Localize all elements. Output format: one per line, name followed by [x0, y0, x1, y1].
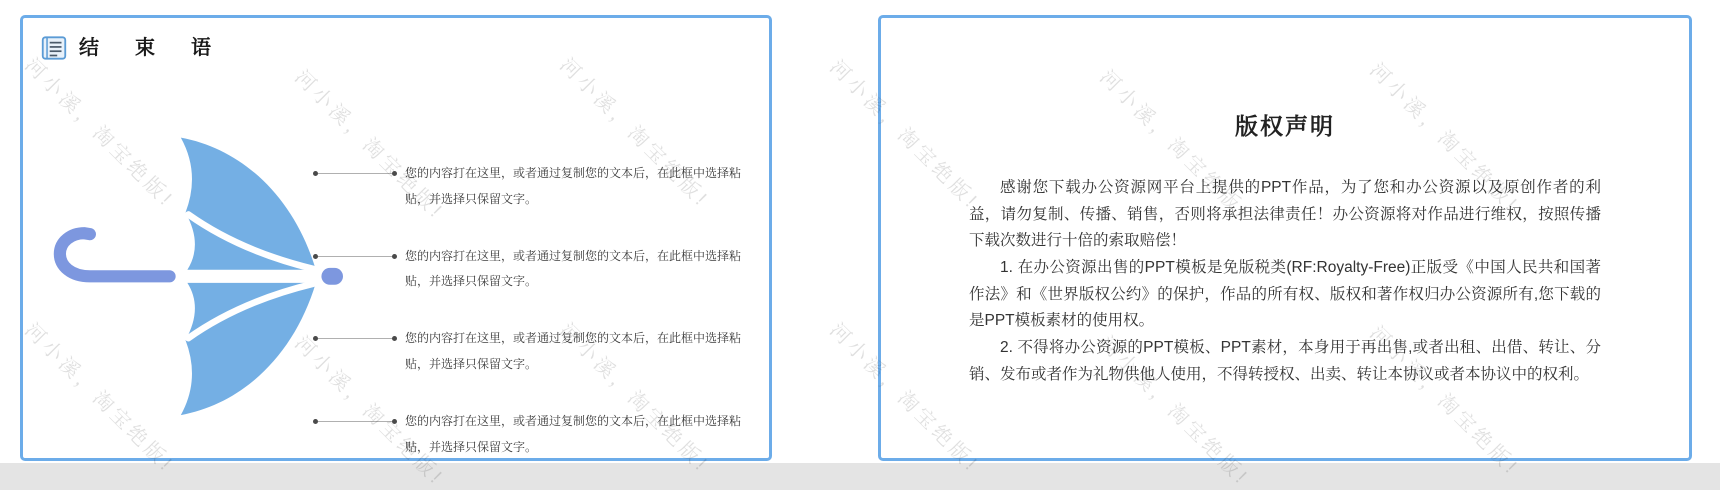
placeholder-text: 您的内容打在这里，或者通过复制您的文本后，在此框中选择粘贴，并选择只保留文字。	[405, 161, 741, 213]
placeholder-text: 您的内容打在这里，或者通过复制您的文本后，在此框中选择粘贴，并选择只保留文字。	[405, 326, 741, 378]
list-item: 您的内容打在这里，或者通过复制您的文本后，在此框中选择粘贴，并选择只保留文字。	[313, 161, 753, 213]
slide-title-row: 结束语	[39, 33, 247, 63]
placeholder-text: 您的内容打在这里，或者通过复制您的文本后，在此框中选择粘贴，并选择只保留文字。	[405, 244, 741, 296]
connector-line	[313, 419, 397, 424]
bottom-strip	[0, 463, 1720, 490]
connector-line	[313, 254, 397, 259]
copyright-paragraph: 感谢您下载办公资源网平台上提供的PPT作品，为了您和办公资源以及原创作者的利益，…	[969, 175, 1601, 255]
slide-copyright[interactable]: 版权声明 感谢您下载办公资源网平台上提供的PPT作品，为了您和办公资源以及原创作…	[878, 15, 1692, 461]
connector-dot-right	[392, 254, 397, 259]
conclusion-title: 结束语	[79, 33, 247, 63]
placeholder-text: 您的内容打在这里，或者通过复制您的文本后，在此框中选择粘贴，并选择只保留文字。	[405, 409, 741, 461]
copyright-paragraph: 1. 在办公资源出售的PPT模板是免版税类(RF:Royalty-Free)正版…	[969, 255, 1601, 335]
list-item: 您的内容打在这里，或者通过复制您的文本后，在此框中选择粘贴，并选择只保留文字。	[313, 326, 753, 378]
connector-line	[313, 336, 397, 341]
document-icon	[39, 33, 69, 63]
placeholder-list: 您的内容打在这里，或者通过复制您的文本后，在此框中选择粘贴，并选择只保留文字。 …	[313, 161, 753, 460]
slide-conclusion[interactable]: 结束语 您的内容打在这里，或者通过复制您的文本后，在此框中选择粘贴，并选择只保留…	[20, 15, 772, 461]
copyright-paragraph: 2. 不得将办公资源的PPT模板、PPT素材，本身用于再出售,或者出租、出借、转…	[969, 335, 1601, 388]
copyright-title: 版权声明	[881, 108, 1689, 141]
umbrella-icon	[43, 116, 343, 446]
connector-dot-right	[392, 336, 397, 341]
connector-dot-right	[392, 419, 397, 424]
copyright-body: 感谢您下载办公资源网平台上提供的PPT作品，为了您和办公资源以及原创作者的利益，…	[969, 175, 1601, 388]
list-item: 您的内容打在这里，或者通过复制您的文本后，在此框中选择粘贴，并选择只保留文字。	[313, 244, 753, 296]
connector-line	[313, 171, 397, 176]
connector-dot-right	[392, 171, 397, 176]
list-item: 您的内容打在这里，或者通过复制您的文本后，在此框中选择粘贴，并选择只保留文字。	[313, 409, 753, 461]
